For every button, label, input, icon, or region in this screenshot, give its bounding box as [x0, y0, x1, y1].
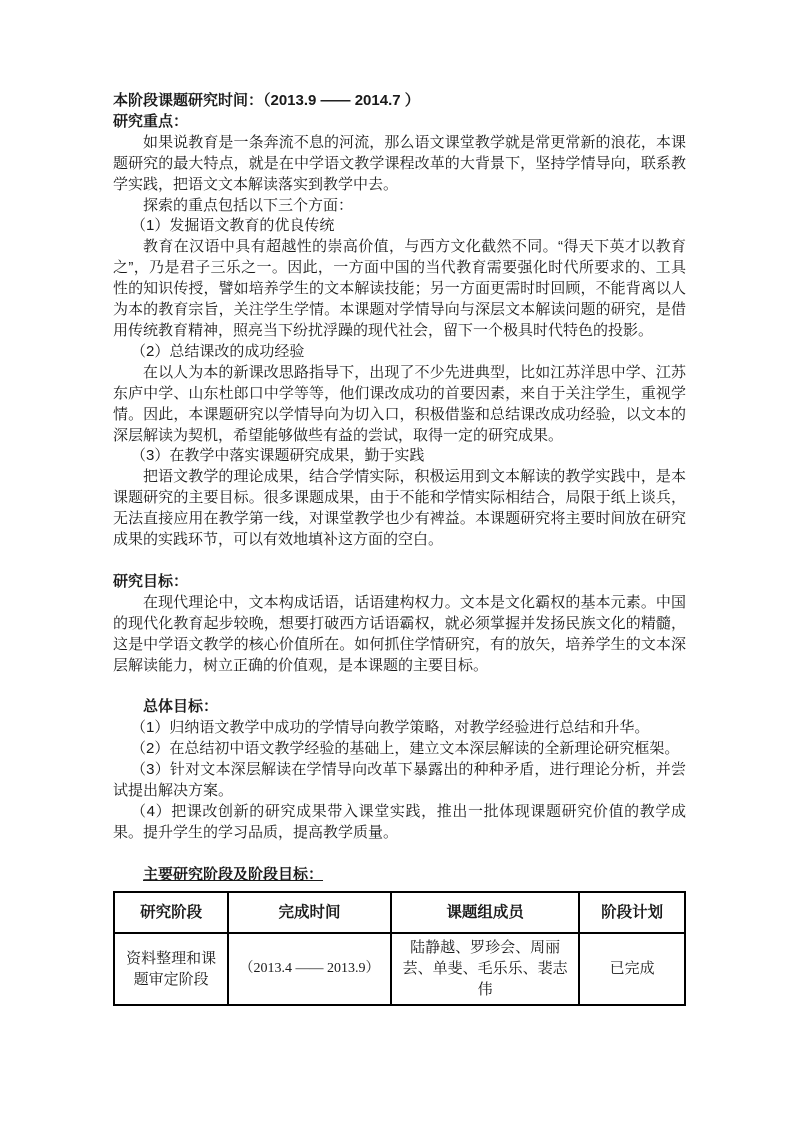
focus-point-2-heading: （2）总结课改的成功经验: [113, 342, 686, 363]
column-header-members: 课题组成员: [391, 892, 579, 933]
cell-plan: 已完成: [579, 933, 685, 1005]
overall-goal-2: （2）在总结初中语文教学经验的基础上，建立文本深层解读的全新理论研究框架。: [113, 739, 686, 760]
overall-goal-3: （3）针对文本深层解读在学情导向改革下暴露出的种种矛盾，进行理论分析，并尝试提出…: [113, 760, 686, 802]
column-header-time: 完成时间: [228, 892, 391, 933]
stages-table: 研究阶段 完成时间 课题组成员 阶段计划 资料整理和课题审定阶段 （2013.4…: [113, 891, 686, 1006]
time-heading: 本阶段课题研究时间：（2013.9 —— 2014.7 ）: [113, 91, 686, 112]
goals-heading: 研究目标：: [113, 572, 686, 593]
focus-point-3-body: 把语文教学的理论成果，结合学情实际，积极运用到文本解读的教学实践中，是本课题研究…: [113, 467, 686, 551]
cell-time: （2013.4 —— 2013.9）: [228, 933, 391, 1005]
table-header-row: 研究阶段 完成时间 课题组成员 阶段计划: [114, 892, 685, 933]
stages-heading: 主要研究阶段及阶段目标：: [113, 865, 686, 886]
cell-stage: 资料整理和课题审定阶段: [114, 933, 228, 1005]
focus-intro: 如果说教育是一条奔流不息的河流，那么语文课堂教学就是常更常新的浪花，本课题研究的…: [113, 133, 686, 196]
table-row: 资料整理和课题审定阶段 （2013.4 —— 2013.9） 陆静越、罗珍会、周…: [114, 933, 685, 1005]
overall-goals-heading: 总体目标：: [113, 697, 686, 718]
focus-point-1-heading: （1）发掘语文教育的优良传统: [113, 216, 686, 237]
goals-body: 在现代理论中，文本构成话语，话语建构权力。文本是文化霸权的基本元素。中国的现代化…: [113, 593, 686, 677]
overall-goal-4: （4）把课改创新的研究成果带入课堂实践，推出一批体现课题研究价值的教学成果。提升…: [113, 802, 686, 844]
document-page: 本阶段课题研究时间：（2013.9 —— 2014.7 ） 研究重点： 如果说教…: [0, 0, 794, 1123]
cell-members: 陆静越、罗珍会、周丽芸、单斐、毛乐乐、裴志伟: [391, 933, 579, 1005]
focus-heading: 研究重点：: [113, 112, 686, 133]
focus-point-2-body: 在以人为本的新课改思路指导下，出现了不少先进典型，比如江苏洋思中学、江苏东庐中学…: [113, 363, 686, 447]
overall-goal-1: （1）归纳语文教学中成功的学情导向教学策略，对教学经验进行总结和升华。: [113, 718, 686, 739]
focus-point-1-body: 教育在汉语中具有超越性的崇高价值，与西方文化截然不同。“得天下英才以教育之”，乃…: [113, 237, 686, 342]
focus-point-3-heading: （3）在教学中落实课题研究成果，勤于实践: [113, 446, 686, 467]
stages-heading-text: 主要研究阶段及阶段目标：: [143, 866, 323, 883]
column-header-plan: 阶段计划: [579, 892, 685, 933]
focus-lead: 探索的重点包括以下三个方面：: [113, 196, 686, 217]
column-header-stage: 研究阶段: [114, 892, 228, 933]
